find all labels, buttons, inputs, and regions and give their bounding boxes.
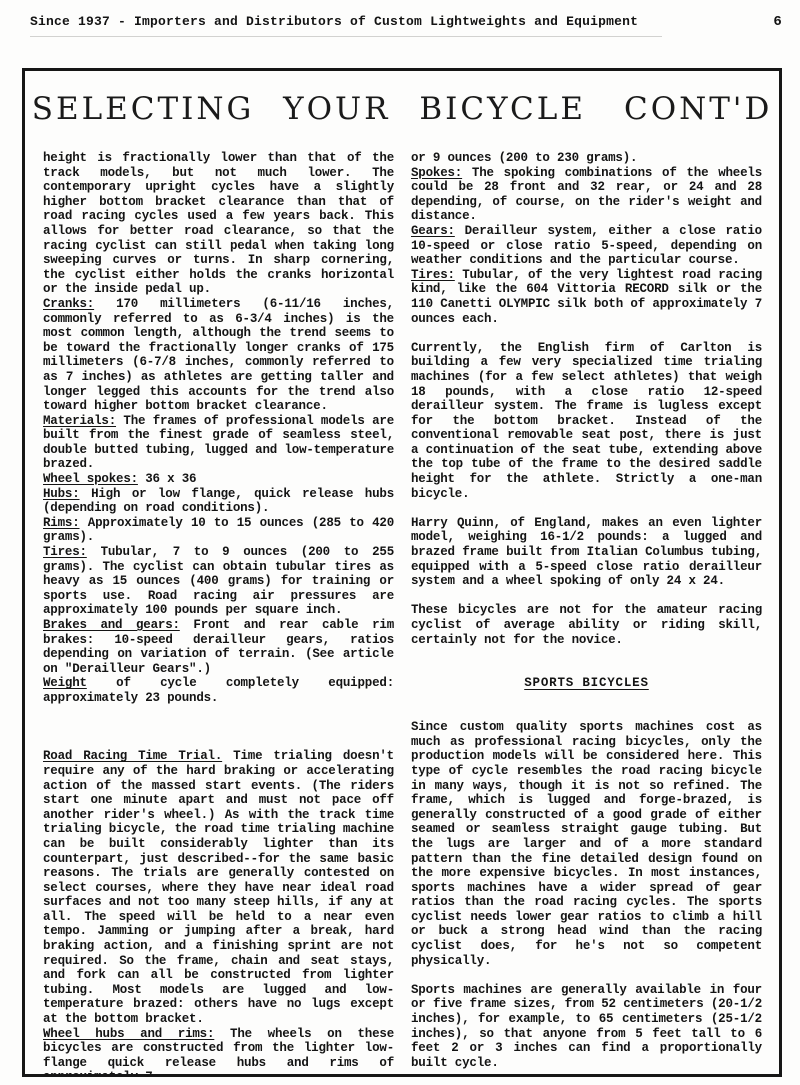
column-right: or 9 ounces (200 to 230 grams).Spokes: T…: [411, 151, 762, 1077]
paragraph: Harry Quinn, of England, makes an even l…: [411, 516, 762, 589]
paragraph: Tires: Tubular, of the very lightest roa…: [411, 268, 762, 326]
article-columns: height is fractionally lower than that o…: [25, 127, 779, 1077]
paragraph: Weight of cycle completely equipped: app…: [43, 676, 394, 705]
paragraph: Cranks: 170 millimeters (6-11/16 inches,…: [43, 297, 394, 414]
paragraph: Spokes: The spoking combinations of the …: [411, 166, 762, 224]
paragraph-gap: [411, 589, 762, 604]
article-title-main: SELECTING YOUR BICYCLE: [32, 91, 586, 127]
page-number: 6: [773, 14, 788, 30]
paragraph: These bicycles are not for the amateur r…: [411, 603, 762, 647]
paragraph: height is fractionally lower than that o…: [43, 151, 394, 297]
paragraph: Rims: Approximately 10 to 15 ounces (285…: [43, 516, 394, 545]
paragraph-lead: Tires:: [43, 545, 87, 559]
paragraph-lead: Road Racing Time Trial.: [43, 749, 222, 763]
paragraph: Wheel hubs and rims: The wheels on these…: [43, 1027, 394, 1077]
column-left: height is fractionally lower than that o…: [43, 151, 394, 1077]
paragraph-gap: [411, 647, 762, 676]
paragraph-lead: Hubs:: [43, 487, 80, 501]
document-page: Since 1937 - Importers and Distributors …: [0, 0, 800, 1085]
paragraph-lead: Wheel spokes:: [43, 472, 138, 486]
paragraph: Hubs: High or low flange, quick release …: [43, 487, 394, 516]
paragraph: Since custom quality sports machines cos…: [411, 720, 762, 968]
header-rule: [30, 36, 662, 37]
running-header: Since 1937 - Importers and Distributors …: [30, 14, 788, 30]
paragraph-gap: [411, 691, 762, 720]
paragraph: Wheel spokes: 36 x 36: [43, 472, 394, 487]
paragraph: Road Racing Time Trial. Time trialing do…: [43, 749, 394, 1026]
paragraph: Materials: The frames of professional mo…: [43, 414, 394, 472]
header-tagline: Since 1937 - Importers and Distributors …: [30, 14, 638, 29]
paragraph: or 9 ounces (200 to 230 grams).: [411, 151, 762, 166]
paragraph-gap: [411, 501, 762, 516]
paragraph-lead: Materials:: [43, 414, 116, 428]
paragraph: Tires: Tubular, 7 to 9 ounces (200 to 25…: [43, 545, 394, 618]
paragraph-lead: Tires:: [411, 268, 455, 282]
paragraph-gap: [411, 326, 762, 341]
paragraph-lead: Gears:: [411, 224, 455, 238]
article-title-suffix: CONT'D: [624, 91, 772, 127]
paragraph: Sports machines are generally available …: [411, 983, 762, 1071]
paragraph-lead: Cranks:: [43, 297, 94, 311]
paragraph-lead: Spokes:: [411, 166, 462, 180]
paragraph: Currently, the English firm of Carlton i…: [411, 341, 762, 502]
paragraph-lead: Wheel hubs and rims:: [43, 1027, 214, 1041]
paragraph-lead: Brakes and gears:: [43, 618, 180, 632]
article-frame: SELECTING YOUR BICYCLECONT'D height is f…: [22, 68, 782, 1077]
paragraph-lead: Weight: [43, 676, 87, 690]
section-heading-text: SPORTS BICYCLES: [524, 676, 649, 690]
paragraph-gap: [43, 706, 394, 750]
section-heading: SPORTS BICYCLES: [411, 676, 762, 691]
paragraph: Gears: Derailleur system, either a close…: [411, 224, 762, 268]
article-title: SELECTING YOUR BICYCLECONT'D: [25, 91, 779, 127]
paragraph-lead: Rims:: [43, 516, 80, 530]
paragraph: Brakes and gears: Front and rear cable r…: [43, 618, 394, 676]
paragraph-gap: [411, 968, 762, 983]
